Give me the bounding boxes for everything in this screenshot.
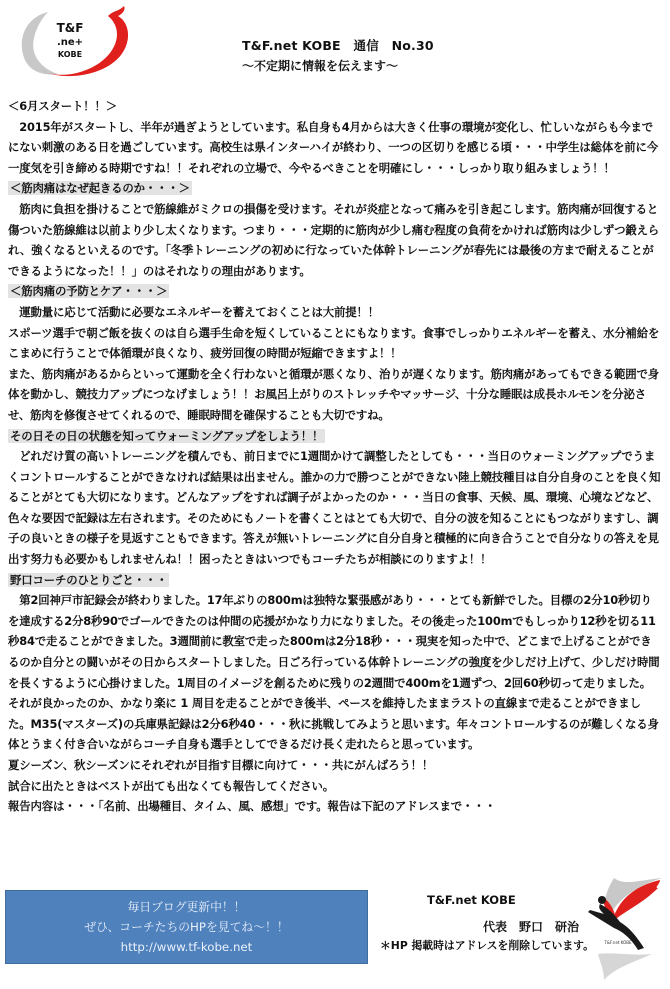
paragraph: 2015年がスタートし、半年が過ぎようとしています。私自身も4月からは大きく仕事… (8, 117, 662, 179)
paragraph: 運動量に応じて活動に必要なエネルギーを蓄えておくことは大前提！！ (8, 302, 662, 323)
section-heading-coach-monologue: 野口コーチのひとりごと・・・ (8, 573, 169, 587)
newsletter-subtitle: ～不定期に情報を伝えます～ (210, 57, 662, 74)
paragraph: 試合に出たときはベストが出ても出なくても報告してください。 (8, 776, 662, 797)
svg-text:KOBE: KOBE (58, 50, 82, 59)
blog-promo-box: 毎日ブログ更新中！！ ぜひ、コーチたちのHPを見てね～！！ http://www… (5, 890, 368, 964)
tf-net-kobe-logo: T&F .ne+ KOBE (14, 2, 134, 80)
section-heading-prevention-care: ＜筋肉痛の予防とケア・・・＞ (8, 284, 169, 298)
paragraph: 第2回神戸市記録会が終わりました。17年ぶりの800mは独特な緊張感があり・・・… (8, 590, 662, 755)
svg-text:T&F.net KOBE: T&F.net KOBE (603, 940, 632, 945)
newsletter-title: T&F.net KOBE 通信 No.30 (210, 36, 662, 54)
svg-text:.ne+: .ne+ (57, 37, 83, 48)
blog-promo-line1: 毎日ブログ更新中！！ (6, 897, 367, 917)
signature-org: T&F.net KOBE (427, 893, 516, 907)
paragraph: 報告内容は・・・「名前、出場種目、タイム、風、感想」です。報告は下記のアドレスま… (8, 796, 662, 817)
paragraph: スポーツ選手で朝ご飯を抜くのは自ら選手生命を短くしていることにもなります。食事で… (8, 323, 662, 364)
paragraph: また、筋肉痛があるからといって運動を全く行わないと循環が悪くなり、治りが遅くなり… (8, 364, 662, 426)
blog-promo-line2: ぜひ、コーチたちのHPを見てね～！！ (6, 917, 367, 937)
section-heading-june-start: ＜6月スタート！！＞ (8, 96, 662, 117)
signature-name: 代表 野口 研治 (483, 918, 579, 935)
runner-logo-icon: T&F.net KOBE (574, 874, 666, 986)
paragraph: 夏シーズン、秋シーズンにそれぞれが目指す目標に向けて・・・共にがんばろう！！ (8, 755, 662, 776)
paragraph: 筋肉に負担を掛けることで筋線維がミクロの損傷を受けます。それが炎症となって痛みを… (8, 199, 662, 281)
newsletter-body: ＜6月スタート！！＞ 2015年がスタートし、半年が過ぎようとしています。私自身… (8, 96, 662, 817)
signature-note: ＊HP 掲載時はアドレスを削除しています。 (380, 938, 594, 953)
section-heading-warming-up: その日その日の状態を知ってウォーミングアップをしよう！！ (8, 429, 325, 443)
paragraph: どれだけ質の高いトレーニングを積んでも、前日までに1週間かけて調整したとしても・… (8, 446, 662, 570)
svg-text:T&F: T&F (57, 21, 84, 35)
blog-url-link[interactable]: http://www.tf-kobe.net (6, 937, 367, 957)
section-heading-muscle-pain-cause: ＜筋肉痛はなぜ起きるのか・・・＞ (8, 181, 192, 195)
